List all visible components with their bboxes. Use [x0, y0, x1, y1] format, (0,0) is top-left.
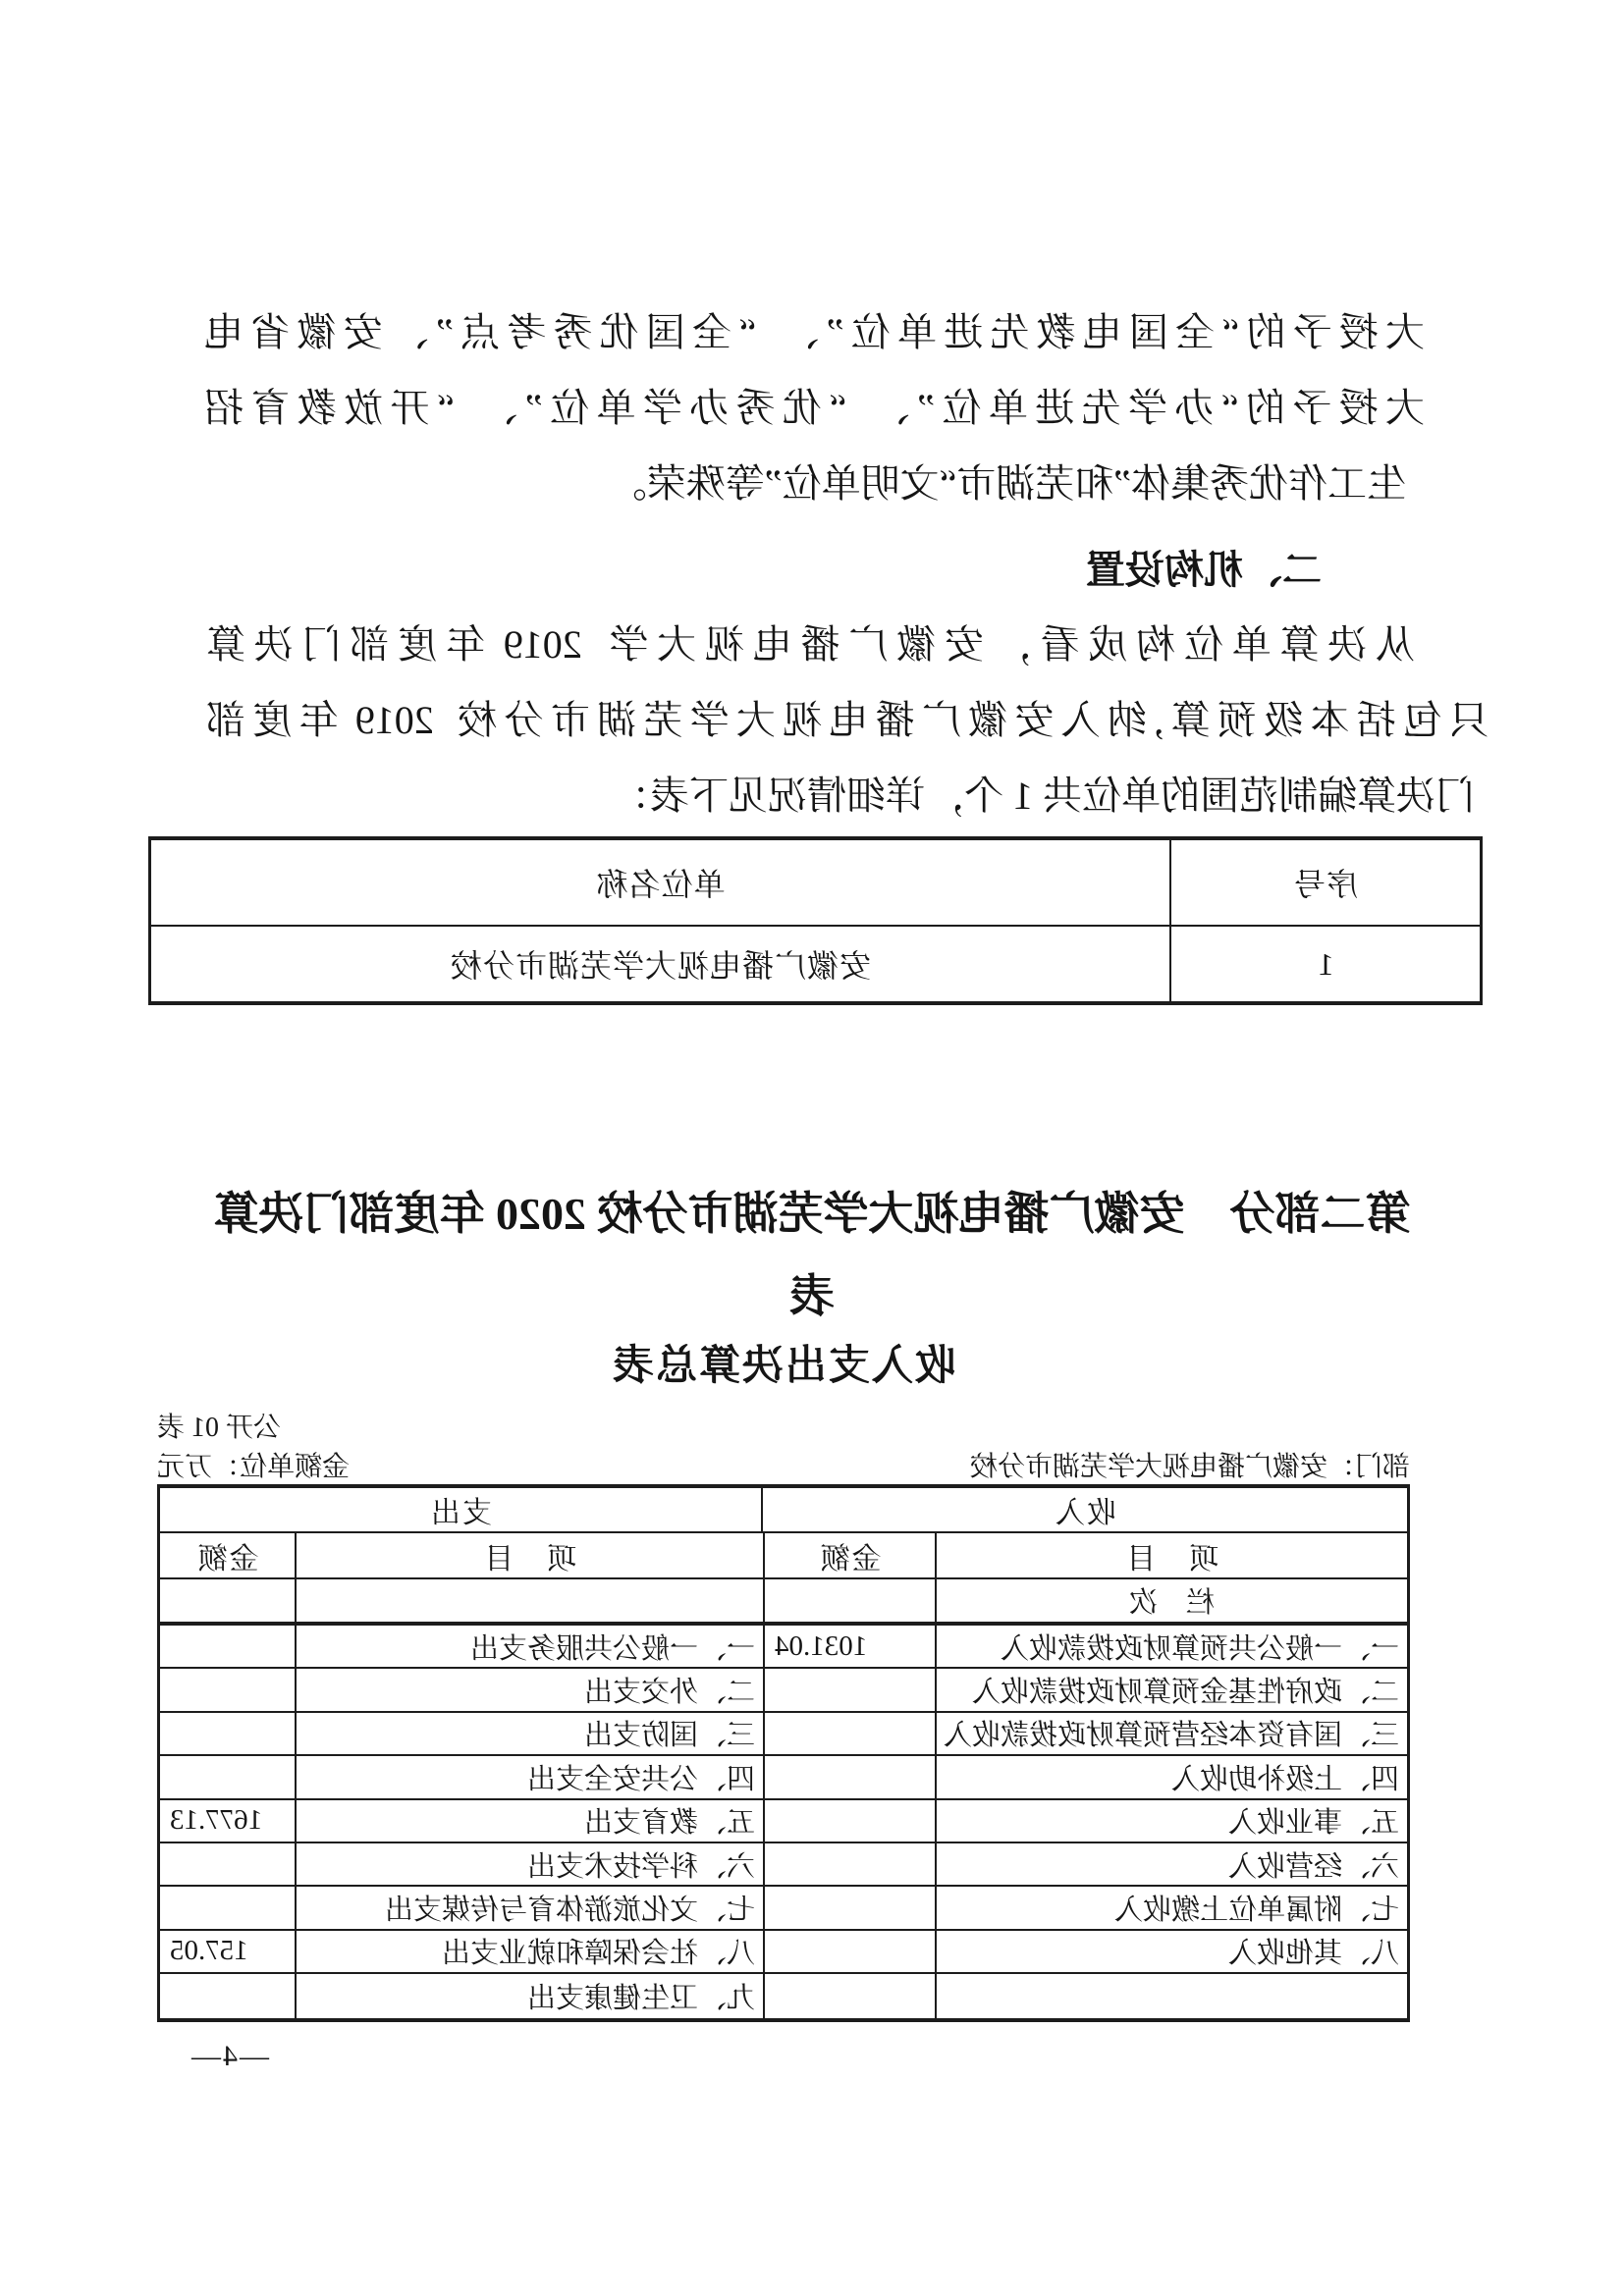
stub-label-cell: 栏 次: [935, 1579, 1407, 1622]
summary-table-title: 收入支出决算总表: [157, 1333, 1410, 1392]
part2-heading-line2: 表: [0, 1260, 1624, 1325]
expense-amount-cell: [160, 1669, 295, 1710]
unit-table-header-serial: 序号: [1169, 840, 1480, 925]
income-item-cell: 一、一般公共预算财政拨款收入: [935, 1626, 1407, 1667]
expense-amount-cell: [160, 1974, 295, 2017]
expense-item-header: 项 目: [295, 1533, 763, 1577]
table-row: 六、经营收入 六、科学技术支出: [160, 1843, 1407, 1887]
expense-amount-cell: 157.05: [160, 1931, 295, 1972]
page-number: —4—: [189, 2040, 269, 2073]
org-line-2: 只包括本级预算,纳入安徽广播电视大学芜湖市分校 2019 年度部: [206, 698, 1489, 743]
table-row: 九、卫生健康支出: [160, 1974, 1407, 2017]
income-item-cell: 六、经营收入: [935, 1843, 1407, 1885]
document-page: 大授予的“全国电教先进单位”、 “全国优秀考点”、安徽省电 大授予的“办学先进单…: [0, 0, 1624, 2296]
income-item-cell: 七、附属单位上缴收入: [935, 1887, 1407, 1928]
expense-amount-cell: [160, 1887, 295, 1928]
income-amount-cell: [763, 1713, 935, 1754]
stub-empty-cell: [295, 1579, 763, 1622]
sheet-label: 公开 01 表: [157, 1406, 1410, 1445]
expense-amount-header: 金额: [160, 1533, 295, 1577]
expense-item-cell: 二、外交支出: [295, 1669, 763, 1710]
income-amount-header: 金额: [763, 1533, 935, 1577]
org-line-3: 门决算编制范围的单位共 1 个，详细情况见下表：: [611, 774, 1475, 819]
income-amount-cell: [763, 1756, 935, 1797]
unit-table-header-row: 序号 单位名称: [151, 840, 1480, 927]
table-row: 七、附属单位上缴收入 七、文化旅游体育与传媒支出: [160, 1887, 1407, 1930]
income-amount-cell: 1031.04: [763, 1626, 935, 1667]
stub-empty-cell: [763, 1579, 935, 1622]
stub-empty-cell: [160, 1579, 295, 1622]
section-heading: 二、机构设置: [1086, 539, 1322, 595]
stub-row: 栏 次: [160, 1579, 1407, 1626]
table-row: 三、国有资本经营预算财政拨款收入 三、国防支出: [160, 1713, 1407, 1756]
expense-item-cell: 六、科学技术支出: [295, 1843, 763, 1885]
income-amount-cell: [763, 1800, 935, 1842]
expense-group-header: 支出: [160, 1488, 761, 1531]
part2-heading-line1: 第二部分 安徽广播电视大学芜湖市分校 2020 年度部门决算: [0, 1178, 1624, 1243]
income-item-cell: 五、事业收入: [935, 1800, 1407, 1842]
table-row: 二、政府性基金预算财政拨款收入 二、外交支出: [160, 1669, 1407, 1712]
income-amount-cell: [763, 1887, 935, 1928]
amount-unit-label: 金额单位：万元: [157, 1445, 1410, 1484]
expense-amount-cell: [160, 1843, 295, 1885]
income-amount-cell: [763, 1843, 935, 1885]
income-item-cell: 四、上级补助收入: [935, 1756, 1407, 1797]
expense-item-cell: 五、教育支出: [295, 1800, 763, 1842]
mirrored-content: 大授予的“全国电教先进单位”、 “全国优秀考点”、安徽省电 大授予的“办学先进单…: [0, 0, 1624, 2296]
income-item-header: 项 目: [935, 1533, 1407, 1577]
unit-table: 序号 单位名称 1 安徽广播电视大学芜湖市分校: [148, 836, 1483, 1005]
expense-amount-cell: 1677.13: [160, 1800, 295, 1842]
income-item-cell: 二、政府性基金预算财政拨款收入: [935, 1669, 1407, 1710]
summary-table: 收入 支出 项 目 金额 项 目 金额 栏 次 一、一般公共预算财政拨款收入 1…: [157, 1484, 1410, 2022]
intro-line-3: 生工作优秀集体”和芜湖市“文明单位”等殊荣。: [608, 461, 1406, 507]
intro-line-2: 大授予的“办学先进单位”、 “优秀办学单位”、 “开放教育招: [204, 386, 1425, 431]
income-amount-cell: [763, 1974, 935, 2017]
table-row: 五、事业收入 五、教育支出 1677.13: [160, 1800, 1407, 1843]
expense-item-cell: 三、国防支出: [295, 1713, 763, 1754]
income-group-header: 收入: [761, 1488, 1407, 1531]
expense-amount-cell: [160, 1713, 295, 1754]
unit-name-cell: 安徽广播电视大学芜湖市分校: [151, 927, 1169, 1001]
expense-item-cell: 九、卫生健康支出: [295, 1974, 763, 2017]
expense-item-cell: 四、公共安全支出: [295, 1756, 763, 1797]
table-row: 四、上级补助收入 四、公共安全支出: [160, 1756, 1407, 1799]
income-item-cell: 八、其他收入: [935, 1931, 1407, 1972]
unit-table-row: 1 安徽广播电视大学芜湖市分校: [151, 927, 1480, 1001]
group-header-row: 收入 支出: [160, 1488, 1407, 1533]
org-line-1: 从决算单位构成看，安徽广播电视大学 2019 年度部门决算: [206, 622, 1415, 667]
income-item-cell: [935, 1974, 1407, 2017]
expense-amount-cell: [160, 1626, 295, 1667]
expense-item-cell: 八、社会保障和就业支出: [295, 1931, 763, 1972]
unit-serial-cell: 1: [1169, 927, 1480, 1001]
table-row: 一、一般公共预算财政拨款收入 1031.04 一、一般公共服务支出: [160, 1626, 1407, 1669]
income-amount-cell: [763, 1669, 935, 1710]
income-amount-cell: [763, 1931, 935, 1972]
unit-table-header-name: 单位名称: [151, 840, 1169, 925]
column-header-row: 项 目 金额 项 目 金额: [160, 1533, 1407, 1579]
table-row: 八、其他收入 八、社会保障和就业支出 157.05: [160, 1931, 1407, 1974]
expense-item-cell: 一、一般公共服务支出: [295, 1626, 763, 1667]
income-item-cell: 三、国有资本经营预算财政拨款收入: [935, 1713, 1407, 1754]
expense-item-cell: 七、文化旅游体育与传媒支出: [295, 1887, 763, 1928]
expense-amount-cell: [160, 1756, 295, 1797]
intro-line-1: 大授予的“全国电教先进单位”、 “全国优秀考点”、安徽省电: [204, 310, 1425, 355]
